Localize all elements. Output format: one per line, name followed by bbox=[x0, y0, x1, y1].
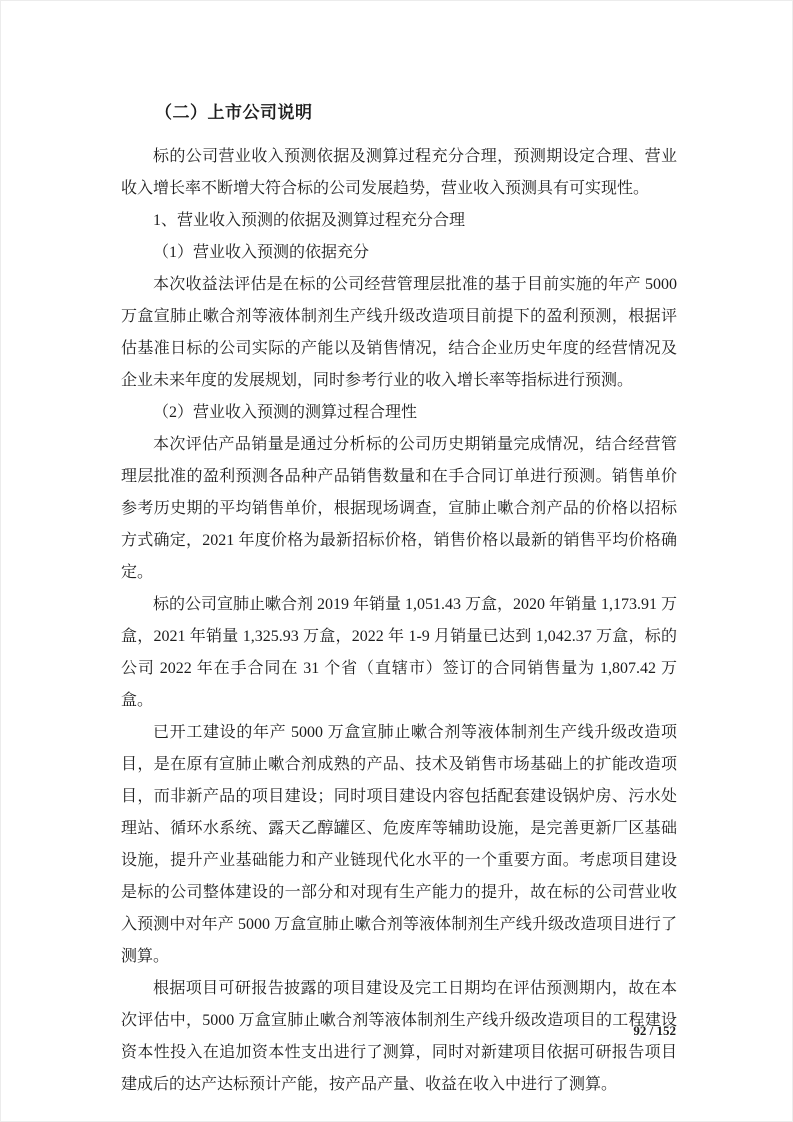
paragraph-basis: 本次收益法评估是在标的公司经营管理层批准的基于目前实施的年产 5000 万盒宣肺… bbox=[121, 269, 677, 397]
paragraph-construction-project: 已开工建设的年产 5000 万盒宣肺止嗽合剂等液体制剂生产线升级改造项目，是在原… bbox=[121, 717, 677, 973]
document-page: （二）上市公司说明 标的公司营业收入预测依据及测算过程充分合理，预测期设定合理、… bbox=[0, 0, 793, 1122]
page-number: 92 / 152 bbox=[633, 1023, 676, 1039]
intro-paragraph: 标的公司营业收入预测依据及测算过程充分合理，预测期设定合理、营业收入增长率不断增… bbox=[121, 141, 677, 205]
sub-heading-1-2: （2）营业收入预测的测算过程合理性 bbox=[121, 397, 677, 429]
paragraph-sales-volume-history: 标的公司宣肺止嗽合剂 2019 年销量 1,051.43 万盒，2020 年销量… bbox=[121, 589, 677, 717]
section-heading: （二）上市公司说明 bbox=[121, 97, 677, 129]
sub-heading-1-1: （1）营业收入预测的依据充分 bbox=[121, 237, 677, 269]
document-content: （二）上市公司说明 标的公司营业收入预测依据及测算过程充分合理，预测期设定合理、… bbox=[121, 97, 677, 1101]
paragraph-sales-forecast-method: 本次评估产品销量是通过分析标的公司历史期销量完成情况，结合经营管理层批准的盈利预… bbox=[121, 429, 677, 589]
numbered-heading-1: 1、营业收入预测的依据及测算过程充分合理 bbox=[121, 205, 677, 237]
paragraph-feasibility-report: 根据项目可研报告披露的项目建设及完工日期均在评估预测期内，故在本次评估中，500… bbox=[121, 973, 677, 1101]
